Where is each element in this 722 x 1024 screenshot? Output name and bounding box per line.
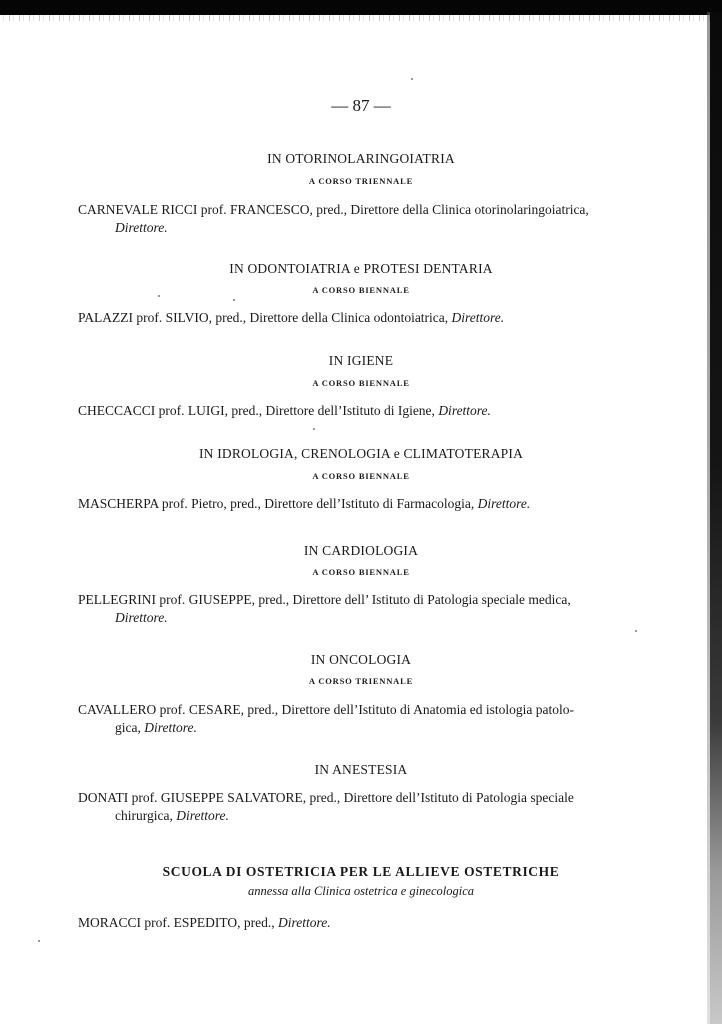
entry-donati: DONATI prof. GIUSEPPE SALVATORE, pred., … [78, 789, 658, 825]
entry-role: Direttore. [278, 915, 331, 930]
entry-continuation-text: chirurgica, [115, 808, 176, 823]
section-title-otorinolaringoiatria: IN OTORINOLARINGOIATRIA [0, 151, 722, 167]
section-subtitle: A CORSO TRIENNALE [0, 676, 722, 686]
section-subtitle: A CORSO TRIENNALE [0, 176, 722, 186]
entry-role: Direttore. [115, 220, 168, 235]
entry-mascherpa: MASCHERPA prof. Pietro, pred., Direttore… [78, 495, 658, 513]
scan-speck [411, 78, 413, 80]
section-title-oncologia: IN ONCOLOGIA [0, 652, 722, 668]
scuola-title: SCUOLA DI OSTETRICIA PER LE ALLIEVE OSTE… [0, 864, 722, 880]
entry-checcacci: CHECCACCI prof. LUIGI, pred., Direttore … [78, 402, 658, 420]
entry-continuation: gica, Direttore. [78, 719, 658, 737]
entry-continuation: Direttore. [78, 219, 658, 237]
entry-text: PALAZZI prof. SILVIO, pred., Direttore d… [78, 310, 448, 325]
section-title-igiene: IN IGIENE [0, 353, 722, 369]
entry-role: Direttore. [438, 403, 491, 418]
entry-carnevale-ricci: CARNEVALE RICCI prof. FRANCESCO, pred., … [78, 201, 658, 237]
section-subtitle: A CORSO BIENNALE [0, 378, 722, 388]
scan-speck [233, 299, 235, 301]
entry-palazzi: PALAZZI prof. SILVIO, pred., Direttore d… [78, 309, 658, 327]
section-subtitle: A CORSO BIENNALE [0, 285, 722, 295]
section-title-anestesia: IN ANESTESIA [0, 762, 722, 778]
scan-speck [635, 630, 637, 632]
entry-text: PELLEGRINI prof. GIUSEPPE, pred., Dirett… [78, 592, 571, 607]
entry-text: CHECCACCI prof. LUIGI, pred., Direttore … [78, 403, 435, 418]
entry-text: MASCHERPA prof. Pietro, pred., Direttore… [78, 496, 474, 511]
entry-continuation: Direttore. [78, 609, 658, 627]
entry-role: Direttore. [452, 310, 505, 325]
entry-text: MORACCI prof. ESPEDITO, pred., [78, 915, 275, 930]
scan-speck [158, 295, 160, 297]
entry-continuation-text: gica, [115, 720, 144, 735]
scan-top-border [0, 0, 722, 15]
entry-role: Direttore. [115, 610, 168, 625]
entry-role: Direttore. [176, 808, 229, 823]
entry-text: CARNEVALE RICCI prof. FRANCESCO, pred., … [78, 202, 589, 217]
scan-speck [38, 940, 40, 942]
page-number: — 87 — [0, 96, 722, 116]
entry-cavallero: CAVALLERO prof. CESARE, pred., Direttore… [78, 701, 658, 737]
section-subtitle: A CORSO BIENNALE [0, 471, 722, 481]
section-title-odontoiatria: IN ODONTOIATRIA e PROTESI DENTARIA [0, 261, 722, 277]
entry-text: CAVALLERO prof. CESARE, pred., Direttore… [78, 702, 574, 717]
entry-continuation: chirurgica, Direttore. [78, 807, 658, 825]
entry-moracci: MORACCI prof. ESPEDITO, pred., Direttore… [78, 914, 658, 932]
entry-pellegrini: PELLEGRINI prof. GIUSEPPE, pred., Dirett… [78, 591, 658, 627]
scan-speck [313, 428, 315, 430]
section-subtitle: A CORSO BIENNALE [0, 567, 722, 577]
entry-role: Direttore. [478, 496, 531, 511]
entry-role: Direttore. [144, 720, 197, 735]
entry-text: DONATI prof. GIUSEPPE SALVATORE, pred., … [78, 790, 574, 805]
section-title-idrologia: IN IDROLOGIA, CRENOLOGIA e CLIMATOTERAPI… [0, 446, 722, 462]
section-title-cardiologia: IN CARDIOLOGIA [0, 543, 722, 559]
scan-top-fringe [0, 15, 722, 21]
scuola-subtitle: annessa alla Clinica ostetrica e ginecol… [0, 884, 722, 899]
